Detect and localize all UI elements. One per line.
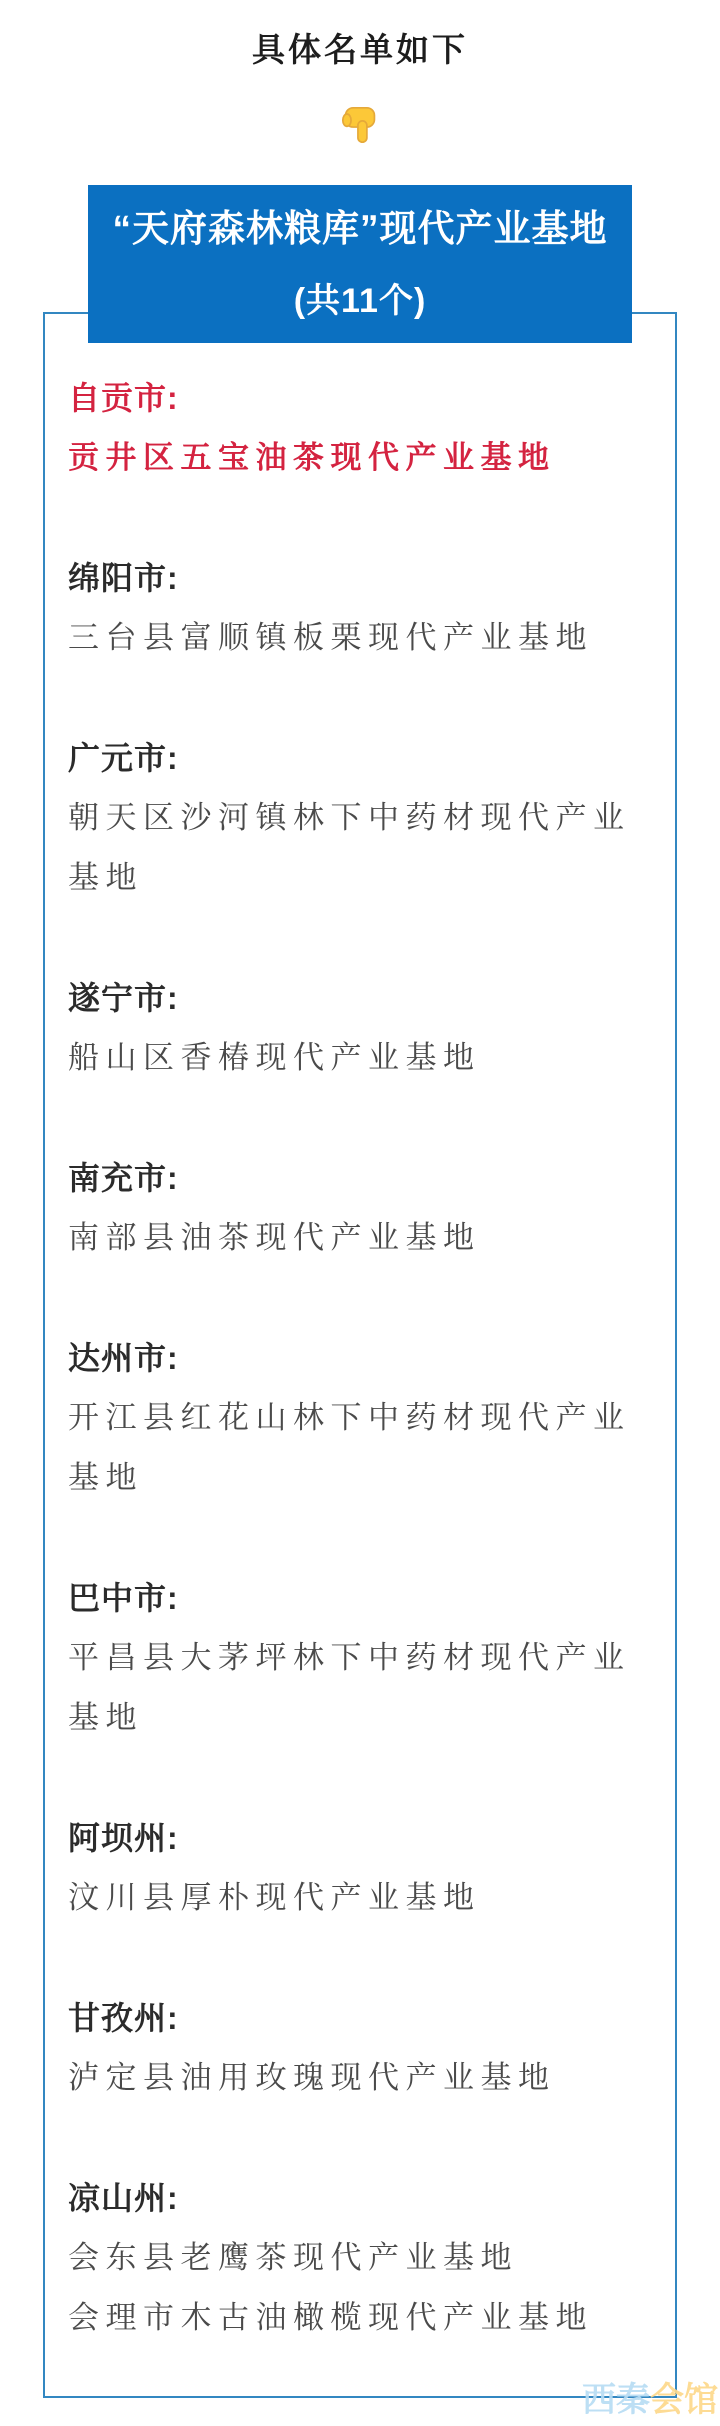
city-items: 汶川县厚朴现代产业基地 [68,1868,652,1928]
city-label: 甘孜州: [68,1988,652,2048]
article-page: 具体名单如下 “天府森林粮库”现代产业基地 (共11个) 自贡市: 贡井区五宝油… [0,0,720,2426]
city-group: 绵阳市: 三台县富顺镇板栗现代产业基地 [68,548,652,668]
base-item: 朝天区沙河镇林下中药材现代产业基地 [68,788,652,908]
city-label: 遂宁市: [68,968,652,1028]
city-items: 贡井区五宝油茶现代产业基地 [68,428,652,488]
city-label: 巴中市: [68,1568,652,1628]
city-items: 南部县油茶现代产业基地 [68,1208,652,1268]
base-item: 开江县红花山林下中药材现代产业基地 [68,1388,652,1508]
finger-pointing-down-icon [338,103,382,147]
city-group: 达州市: 开江县红花山林下中药材现代产业基地 [68,1328,652,1508]
city-items: 会东县老鹰茶现代产业基地会理市木古油橄榄现代产业基地 [68,2228,652,2348]
base-list: 自贡市: 贡井区五宝油茶现代产业基地 绵阳市: 三台县富顺镇板栗现代产业基地 广… [43,312,677,2398]
city-group: 广元市: 朝天区沙河镇林下中药材现代产业基地 [68,728,652,908]
base-item: 泸定县油用玫瑰现代产业基地 [68,2048,652,2108]
city-items: 平昌县大茅坪林下中药材现代产业基地 [68,1628,652,1748]
city-items: 船山区香椿现代产业基地 [68,1028,652,1088]
base-item: 会理市木古油橄榄现代产业基地 [68,2288,652,2348]
base-item: 南部县油茶现代产业基地 [68,1208,652,1268]
city-group: 自贡市: 贡井区五宝油茶现代产业基地 [68,368,652,488]
banner-title: “天府森林粮库”现代产业基地 [88,207,632,251]
banner: “天府森林粮库”现代产业基地 (共11个) [88,185,632,343]
city-label: 凉山州: [68,2168,652,2228]
pointer-row [0,103,720,147]
base-item: 会东县老鹰茶现代产业基地 [68,2228,652,2288]
city-label: 广元市: [68,728,652,788]
watermark-part1: 西秦 [582,2381,650,2419]
city-items: 泸定县油用玫瑰现代产业基地 [68,2048,652,2108]
city-label: 阿坝州: [68,1808,652,1868]
city-items: 开江县红花山林下中药材现代产业基地 [68,1388,652,1508]
base-item: 船山区香椿现代产业基地 [68,1028,652,1088]
city-group: 南充市: 南部县油茶现代产业基地 [68,1148,652,1268]
city-label: 达州市: [68,1328,652,1388]
banner-subtitle: (共11个) [88,279,632,323]
page-title: 具体名单如下 [0,0,720,67]
city-group: 阿坝州: 汶川县厚朴现代产业基地 [68,1808,652,1928]
base-item: 平昌县大茅坪林下中药材现代产业基地 [68,1628,652,1748]
city-group: 遂宁市: 船山区香椿现代产业基地 [68,968,652,1088]
watermark-part2: 会馆 [650,2381,718,2419]
city-items: 三台县富顺镇板栗现代产业基地 [68,608,652,668]
base-item: 汶川县厚朴现代产业基地 [68,1868,652,1928]
city-label: 自贡市: [68,368,652,428]
city-label: 南充市: [68,1148,652,1208]
city-group: 巴中市: 平昌县大茅坪林下中药材现代产业基地 [68,1568,652,1748]
city-label: 绵阳市: [68,548,652,608]
watermark: 西秦会馆 [582,2383,718,2417]
city-items: 朝天区沙河镇林下中药材现代产业基地 [68,788,652,908]
base-item: 贡井区五宝油茶现代产业基地 [68,428,652,488]
city-group: 凉山州: 会东县老鹰茶现代产业基地会理市木古油橄榄现代产业基地 [68,2168,652,2348]
city-group: 甘孜州: 泸定县油用玫瑰现代产业基地 [68,1988,652,2108]
base-item: 三台县富顺镇板栗现代产业基地 [68,608,652,668]
